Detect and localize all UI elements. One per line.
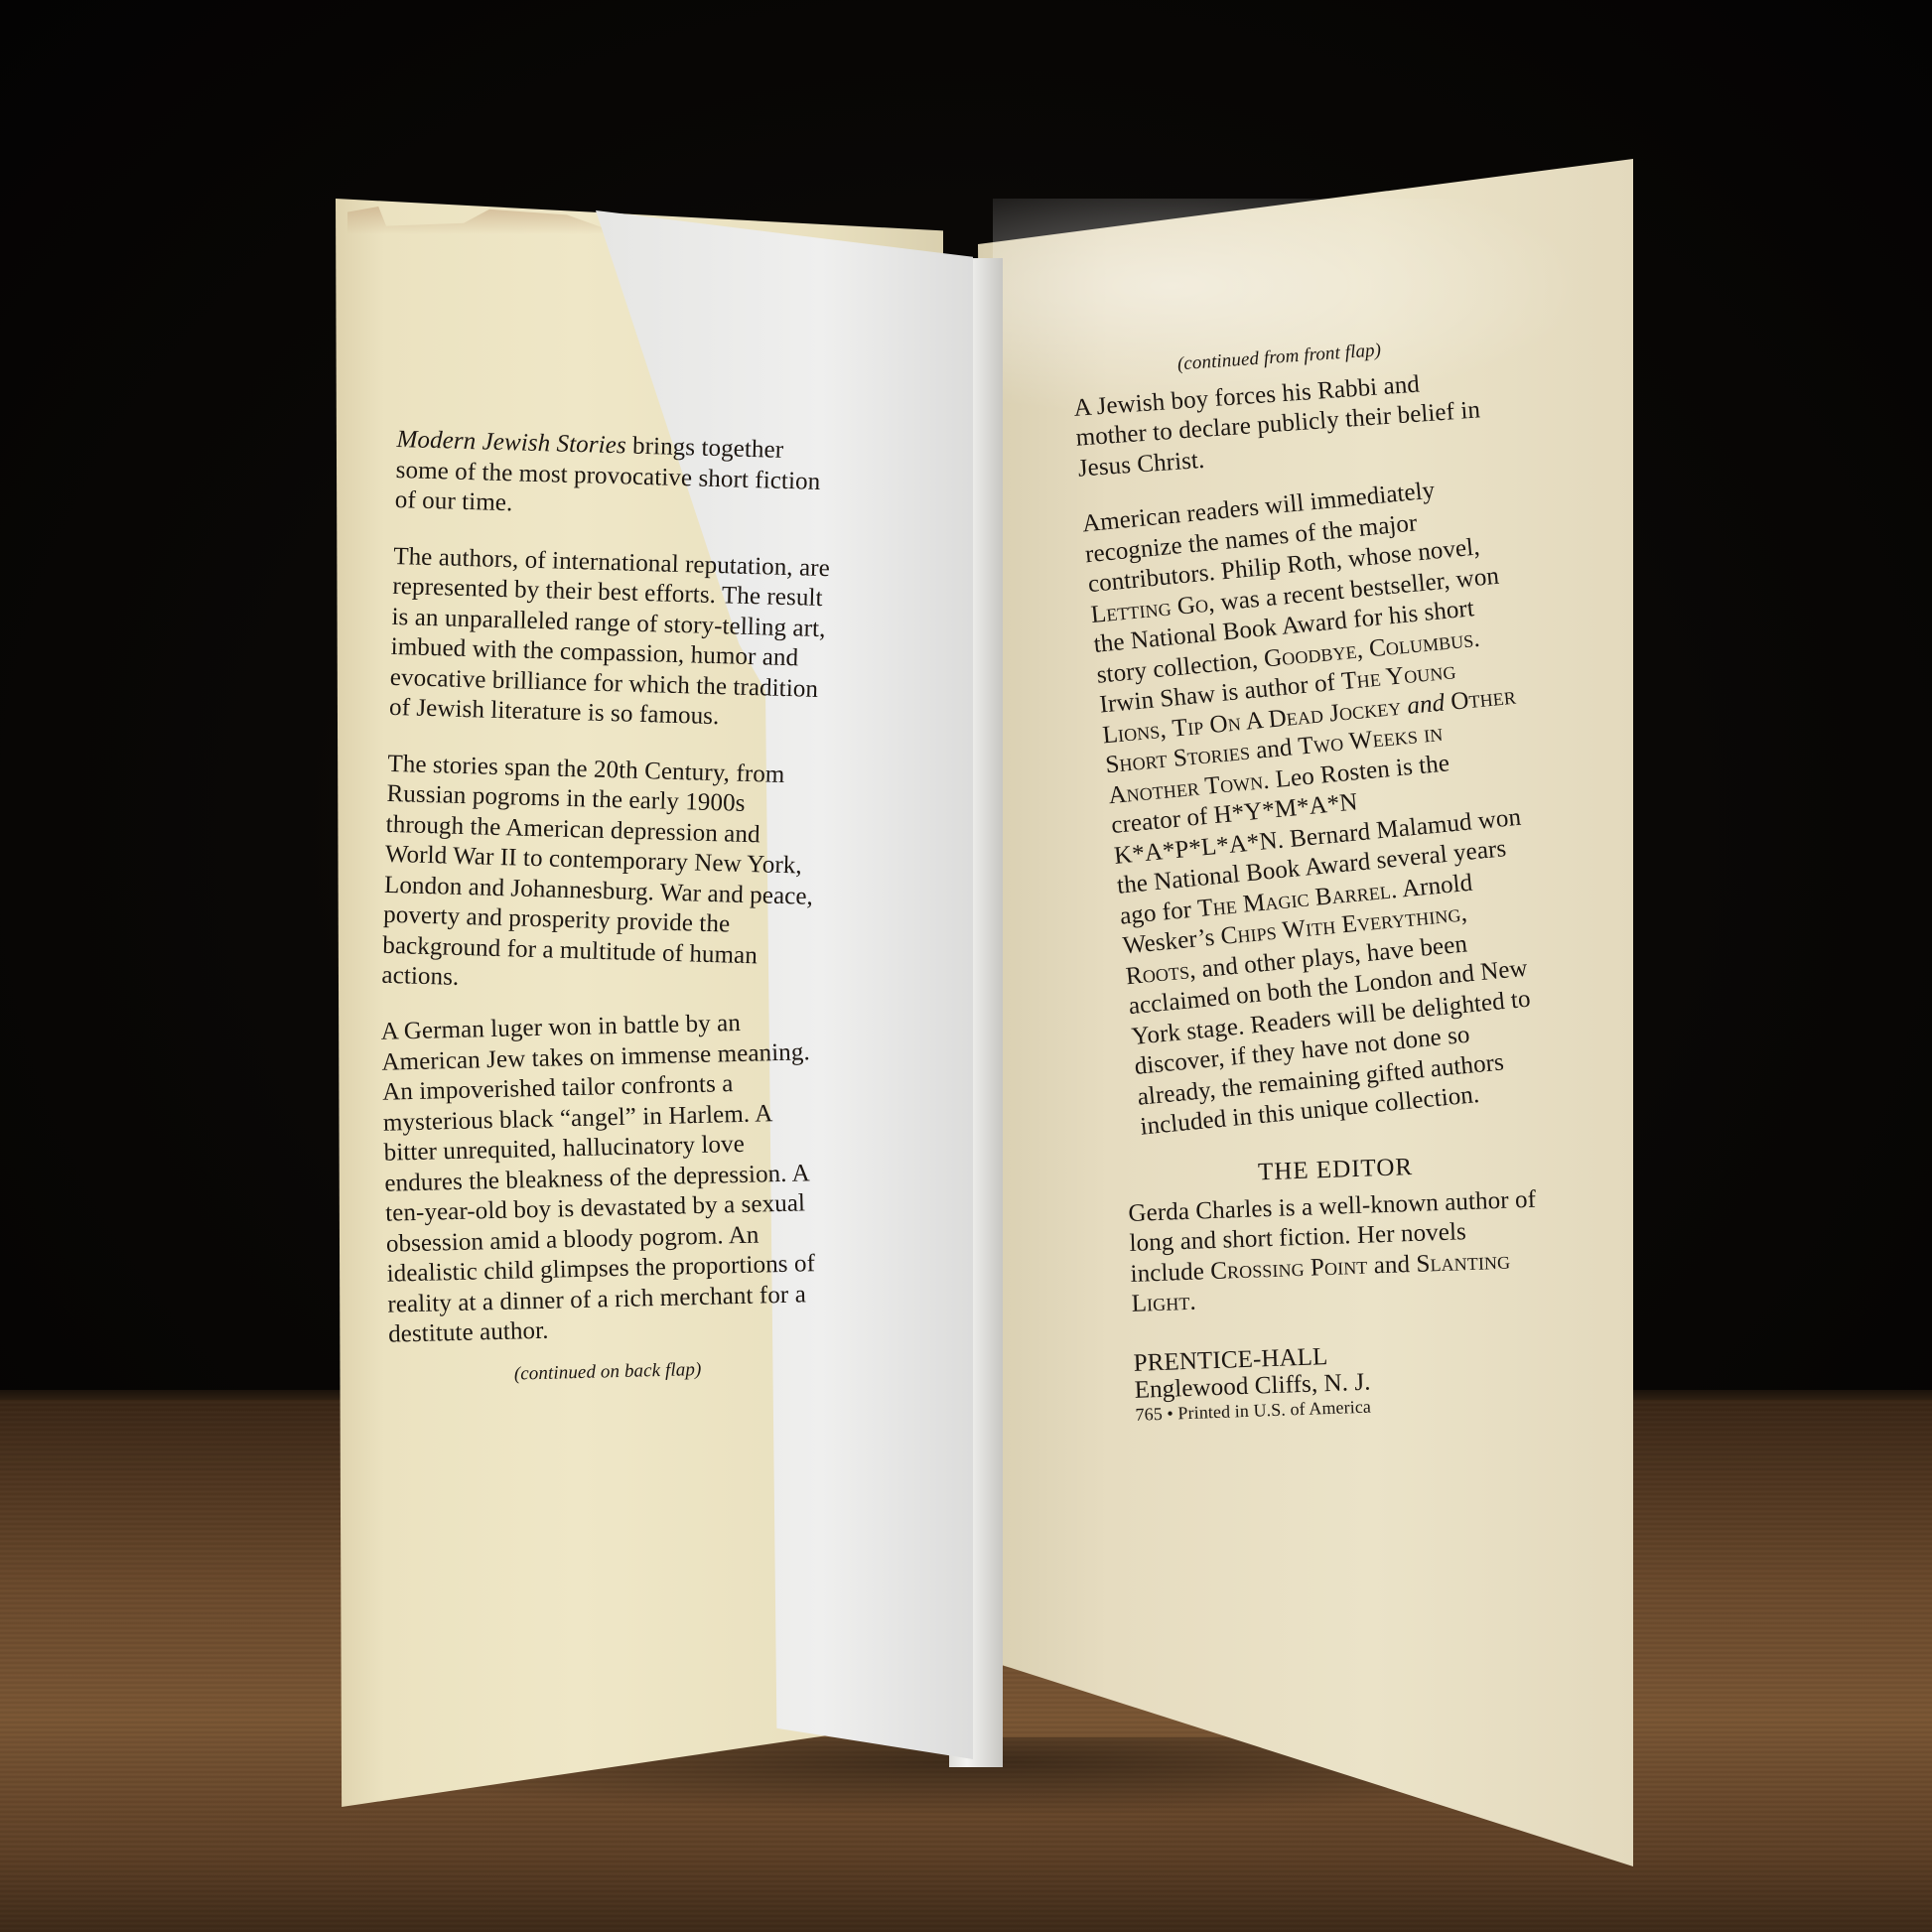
front-flap-paragraph-2: The authors, of international reputation…: [389, 541, 831, 735]
back-flap-paragraph-2: American readers will immediately recogn…: [1081, 470, 1557, 1143]
front-flap-paragraph-3: The stories span the 20th Century, from …: [381, 749, 825, 1003]
editor-bio: Gerda Charles is a well-known author of …: [1128, 1183, 1549, 1319]
back-flap-text: (continued from front flap) A Jewish boy…: [1070, 329, 1561, 1425]
book-title: Modern Jewish Stories: [396, 426, 626, 459]
title-crossing-point: Crossing Point: [1210, 1252, 1368, 1285]
front-flap-paragraph-4: A German luger won in battle by an Ameri…: [380, 1007, 825, 1350]
continued-on-back-note: (continued on back flap): [389, 1351, 827, 1392]
publisher-block: PRENTICE-HALL Englewood Cliffs, N. J. 76…: [1133, 1334, 1552, 1425]
title-roots: Roots: [1125, 957, 1190, 990]
front-flap-paragraph-4-group: A German luger won in battle by an Ameri…: [380, 1007, 826, 1393]
editor-section: THE EDITOR Gerda Charles is a well-known…: [1127, 1148, 1553, 1425]
front-flap-paragraph-1: Modern Jewish Stories brings together so…: [394, 425, 833, 528]
front-flap-text: Modern Jewish Stories brings together so…: [370, 425, 834, 1404]
